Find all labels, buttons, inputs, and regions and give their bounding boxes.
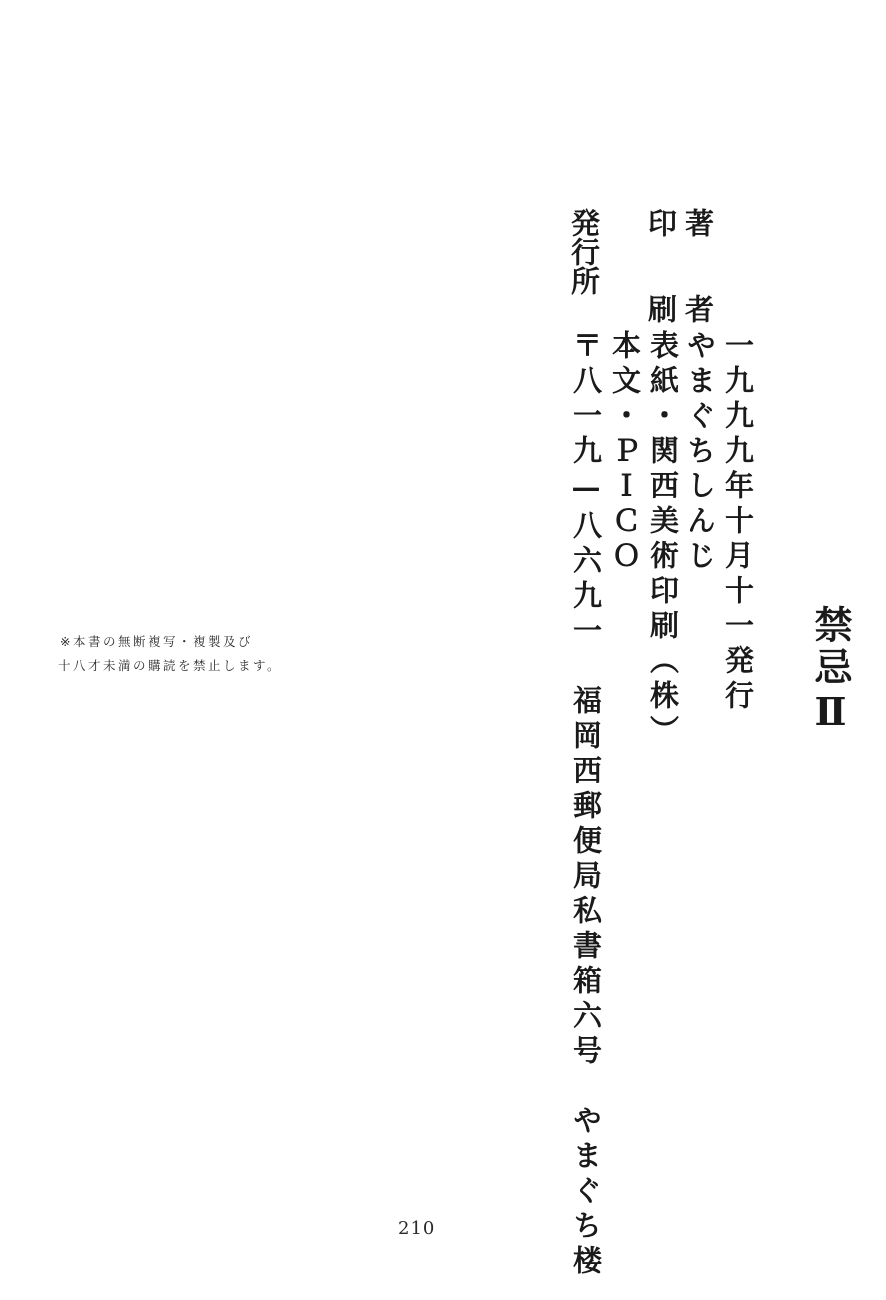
publication-date: 一九九九年十月十一発行 bbox=[720, 330, 756, 715]
printer-cover: 表紙・関西美術印刷（株） bbox=[645, 330, 681, 750]
page-number: 210 bbox=[398, 1218, 435, 1239]
publisher-label: 発行所 bbox=[566, 208, 602, 295]
notice-line-2: 十八才未満の購読を禁止します。 bbox=[58, 654, 282, 678]
copyright-notice: ※本書の無断複写・複製及び 十八才未満の購読を禁止します。 bbox=[58, 630, 282, 678]
author-label: 著 者 bbox=[680, 208, 716, 337]
author-name: やまぐちしんじ bbox=[682, 330, 718, 575]
publisher-address: 〒八一九—八六九一 福岡西郵便局私書箱六号 やまぐち楼 bbox=[568, 330, 604, 1280]
book-title: 禁忌Ⅱ bbox=[808, 605, 852, 738]
printer-label: 印 刷 bbox=[643, 208, 679, 337]
printer-body: 本文・ＰＩＣＯ bbox=[607, 330, 643, 575]
notice-line-1: ※本書の無断複写・複製及び bbox=[58, 630, 282, 654]
